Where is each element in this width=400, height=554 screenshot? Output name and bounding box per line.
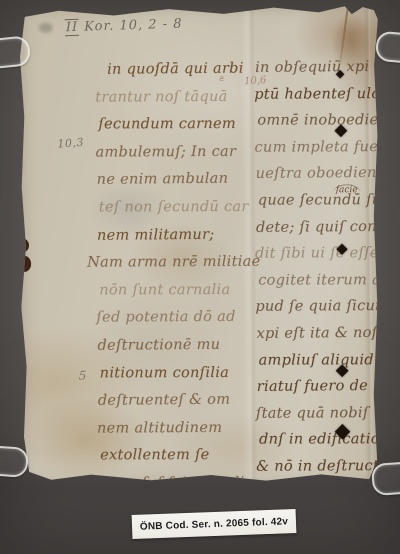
manuscript-line: nem altitudinem [97,414,253,442]
manuscript-line: ne enim ambulan [97,166,253,195]
manuscript-line: nem militamur; [97,221,253,250]
mount-clip-bottom-left [0,444,29,478]
manuscript-line: nōn ſunt carnalia [99,277,255,305]
manuscript-line: ueſtra oboedientia [256,160,382,188]
edge-notch [18,256,31,272]
manuscript-line: teſ non ſecundū car [99,194,255,222]
manuscript-line: ſed potentia dō ad [96,304,252,332]
manuscript-line: omnē inoboedientiā [257,107,383,134]
manuscript-line: xpi eſt ita & noſ; Nam & [256,320,382,348]
manuscript-line: ſtate quā nobiſ [256,400,382,427]
manuscript-line: dnſ in edificationē [259,427,385,454]
manuscript-line: ptū habenteſ ulciſ [254,81,380,108]
manuscript-line: cum impleta fuerit [254,134,380,161]
photo-backdrop: II Kor. 10, 2 - 8 10,3 5 10,6 ƨ facie in… [0,0,400,554]
manuscript-line: ſecundum carnem [98,111,254,139]
manuscript-line: deſtruenteſ & om [98,387,254,416]
verse-marker-10-3: 10,3 [57,136,84,151]
mount-clip-bottom-right [371,460,400,496]
manuscript-line: nitionum conſilia [100,359,256,387]
mount-clip-top-right [375,31,400,66]
shelfmark-label: ÖNB Cod. Ser. n. 2065 fol. 42v [132,509,297,539]
manuscript-line: & nō in deſtructionē [256,453,382,480]
shelfmark-text: ÖNB Cod. Ser. n. 2065 fol. 42v [140,516,289,532]
left-text-column: in quoſdā qui arbi trantur noſ tāquā ſec… [95,56,253,526]
manuscript-line: quae ſecundū ſū ui [258,187,384,214]
reference-numeral: II [65,19,80,36]
manuscript-line: Nam arma nrē militiae [87,249,252,277]
manuscript-line: ambulemuſ; In car [95,139,251,167]
verse-marker-5: 5 [79,369,87,383]
edge-notch [18,239,29,252]
manuscript-line: in obſequiū xpi &in [255,54,381,82]
parchment-hole [23,477,28,482]
manuscript-line: cogitet iterum a [258,267,384,294]
reference-text: Kor. 10, 2 - 8 [79,17,183,35]
manuscript-line: dete; ſi quiſ confi [256,213,382,241]
manuscript-line: deſtructionē mu [97,331,253,360]
right-text-column: in obſequiū xpi &in ptū habenteſ ulciſ o… [254,54,382,507]
manuscript-line: ampliuſ aliquid g [259,347,385,374]
manuscript-line: extollentem ſe [100,442,256,470]
manuscript-line: riatuſ fuero de potē [257,373,383,401]
manuscript-line: in quoſdā qui arbi [96,55,252,84]
manuscript-line: dit ſibi ui ſe eſſe [255,240,381,267]
manuscript-page: II Kor. 10, 2 - 8 10,3 5 10,6 ƨ facie in… [19,5,381,488]
pencil-smudge [39,23,53,33]
manuscript-line: pud ſe quia ſicut ipſe [255,293,381,320]
reference-annotation: II Kor. 10, 2 - 8 [65,17,183,36]
manuscript-line: trantur noſ tāquā [95,83,251,111]
manuscript-line: ueſtrā non erubeſcā [257,479,383,507]
manuscript-line: aduerſuſ ſcientiā di [97,470,253,498]
